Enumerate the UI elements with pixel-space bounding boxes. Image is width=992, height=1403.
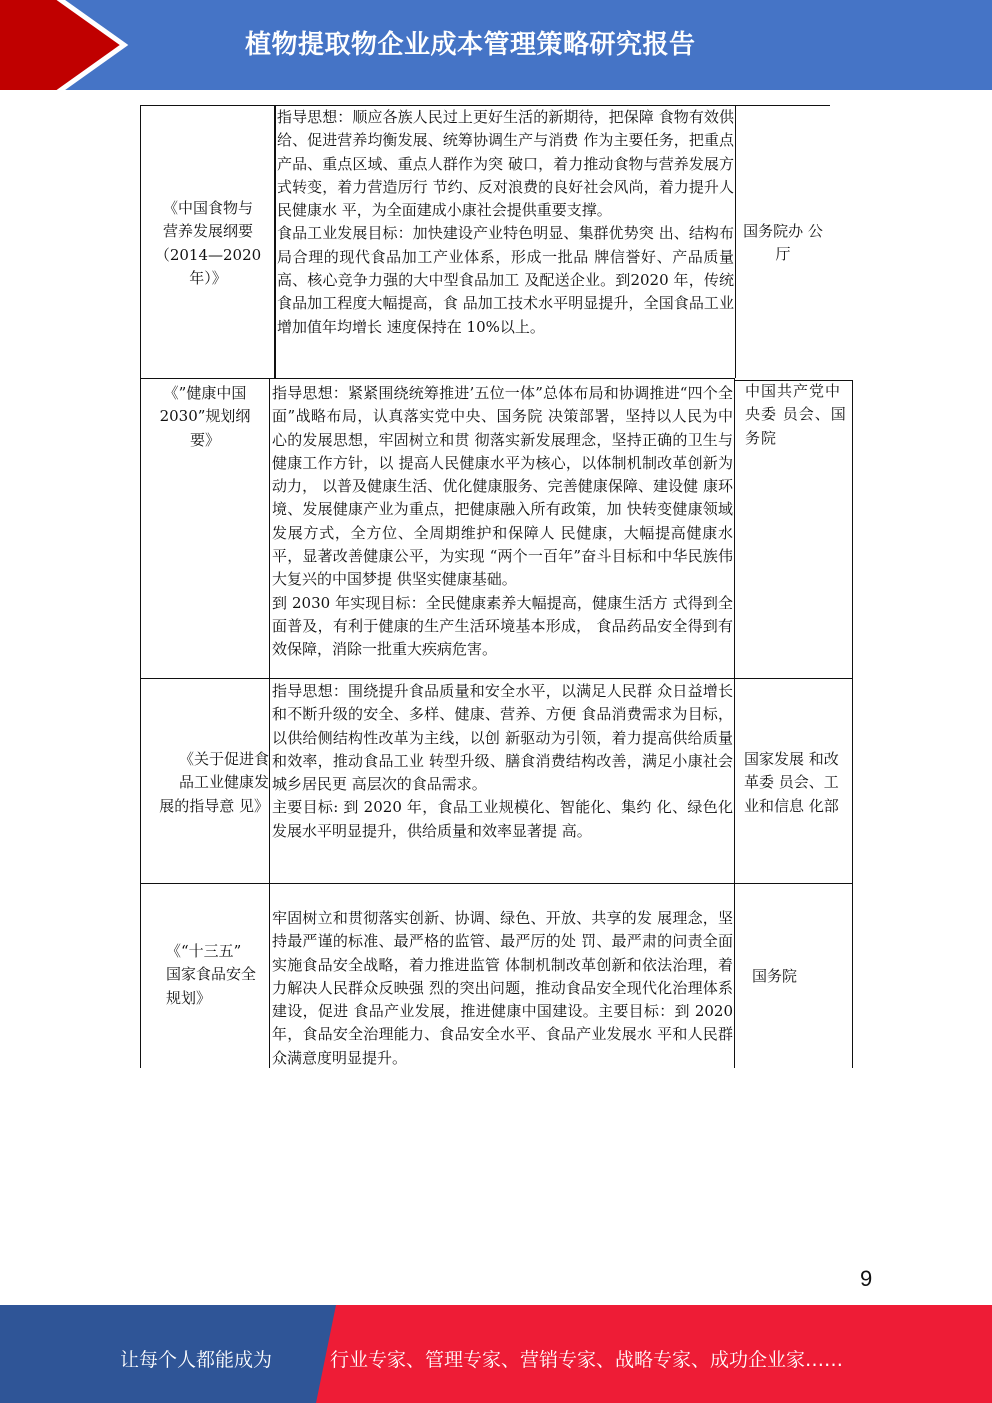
policy-name-cell: 《“十三五” 国家食品安全 规划》 <box>166 940 270 1010</box>
issuer-cell: 中国共产党中央委 员会、国务院 <box>745 380 851 450</box>
page-number: 9 <box>860 1266 872 1292</box>
policy-name-line: 《关于促进食 <box>141 748 269 771</box>
policy-name-line: 展的指导意 见》 <box>141 795 269 818</box>
footer-slogan-right: 行业专家、管理专家、营销专家、战略专家、成功企业家…… <box>330 1345 843 1372</box>
policy-name-line: 规划》 <box>166 987 270 1010</box>
policy-name-line: 国家食品安全 <box>166 963 270 986</box>
policy-content-cell: 牢固树立和贯彻落实创新、协调、绿色、开放、共享的发 展理念，坚持最严谨的标准、最… <box>272 907 733 1070</box>
policy-name-cell: 《”健康中国 2030”规划纲 要》 <box>142 382 268 452</box>
policy-description-text: 牢固树立和贯彻落实创新、协调、绿色、开放、共享的发 展理念，坚持最严谨的标准、最… <box>272 907 733 1070</box>
guiding-ideology-text: 指导思想：顺应各族人民过上更好生活的新期待，把保障 食物有效供给、促进营养均衡发… <box>277 106 734 222</box>
issuer-cell: 国家发展 和改革委 员会、工业和信息 化部 <box>744 748 852 818</box>
issuer-cell: 国务院 <box>752 965 842 988</box>
report-title: 植物提取物企业成本管理策略研究报告 <box>245 24 696 61</box>
page-footer: 让每个人都能成为 行业专家、管理专家、营销专家、战略专家、成功企业家…… <box>0 1305 992 1403</box>
page-header: 植物提取物企业成本管理策略研究报告 <box>0 0 992 90</box>
footer-slogan-left: 让每个人都能成为 <box>120 1345 272 1372</box>
policy-name-cell: 《中国食物与 营养发展纲要 （2014—2020 年）》 <box>144 197 272 290</box>
goal-text: 到 2030 年实现目标：全民健康素养大幅提高，健康生活方 式得到全面普及，有利… <box>272 592 733 662</box>
policy-name-line: 《”健康中国 <box>142 382 268 405</box>
guiding-ideology-text: 指导思想：紧紧围绕统筹推进’五位一体”总体布局和协调推进“四个全面”战略布局，认… <box>272 382 733 592</box>
policy-content-cell: 指导思想：围绕提升食品质量和安全水平，以满足人民群 众日益增长和不断升级的安全、… <box>272 680 733 843</box>
policy-name-line: 品工业健康发 <box>141 771 269 794</box>
policy-content-cell: 指导思想：紧紧围绕统筹推进’五位一体”总体布局和协调推进“四个全面”战略布局，认… <box>272 382 733 662</box>
policy-name-line: 年）》 <box>144 267 272 290</box>
policy-content-cell: 指导思想：顺应各族人民过上更好生活的新期待，把保障 食物有效供给、促进营养均衡发… <box>277 106 734 339</box>
policy-name-line: 2030”规划纲 <box>142 405 268 428</box>
goal-text: 主要目标: 到 2020 年，食品工业规模化、智能化、集约 化、绿色化发展水平明… <box>272 796 733 843</box>
policy-name-line: 《中国食物与 <box>144 197 272 220</box>
policy-name-cell: 《关于促进食 品工业健康发 展的指导意 见》 <box>141 748 269 818</box>
policy-name-line: 营养发展纲要 <box>144 220 272 243</box>
goal-text: 食品工业发展目标：加快建设产业特色明显、集群优势突 出、结构布局合理的现代食品加… <box>277 222 734 338</box>
issuer-cell: 国务院办 公厅 <box>737 220 829 267</box>
policy-name-line: 要》 <box>142 429 268 452</box>
policy-name-line: 《“十三五” <box>166 940 270 963</box>
policy-name-line: （2014—2020 <box>144 244 272 267</box>
guiding-ideology-text: 指导思想：围绕提升食品质量和安全水平，以满足人民群 众日益增长和不断升级的安全、… <box>272 680 733 796</box>
